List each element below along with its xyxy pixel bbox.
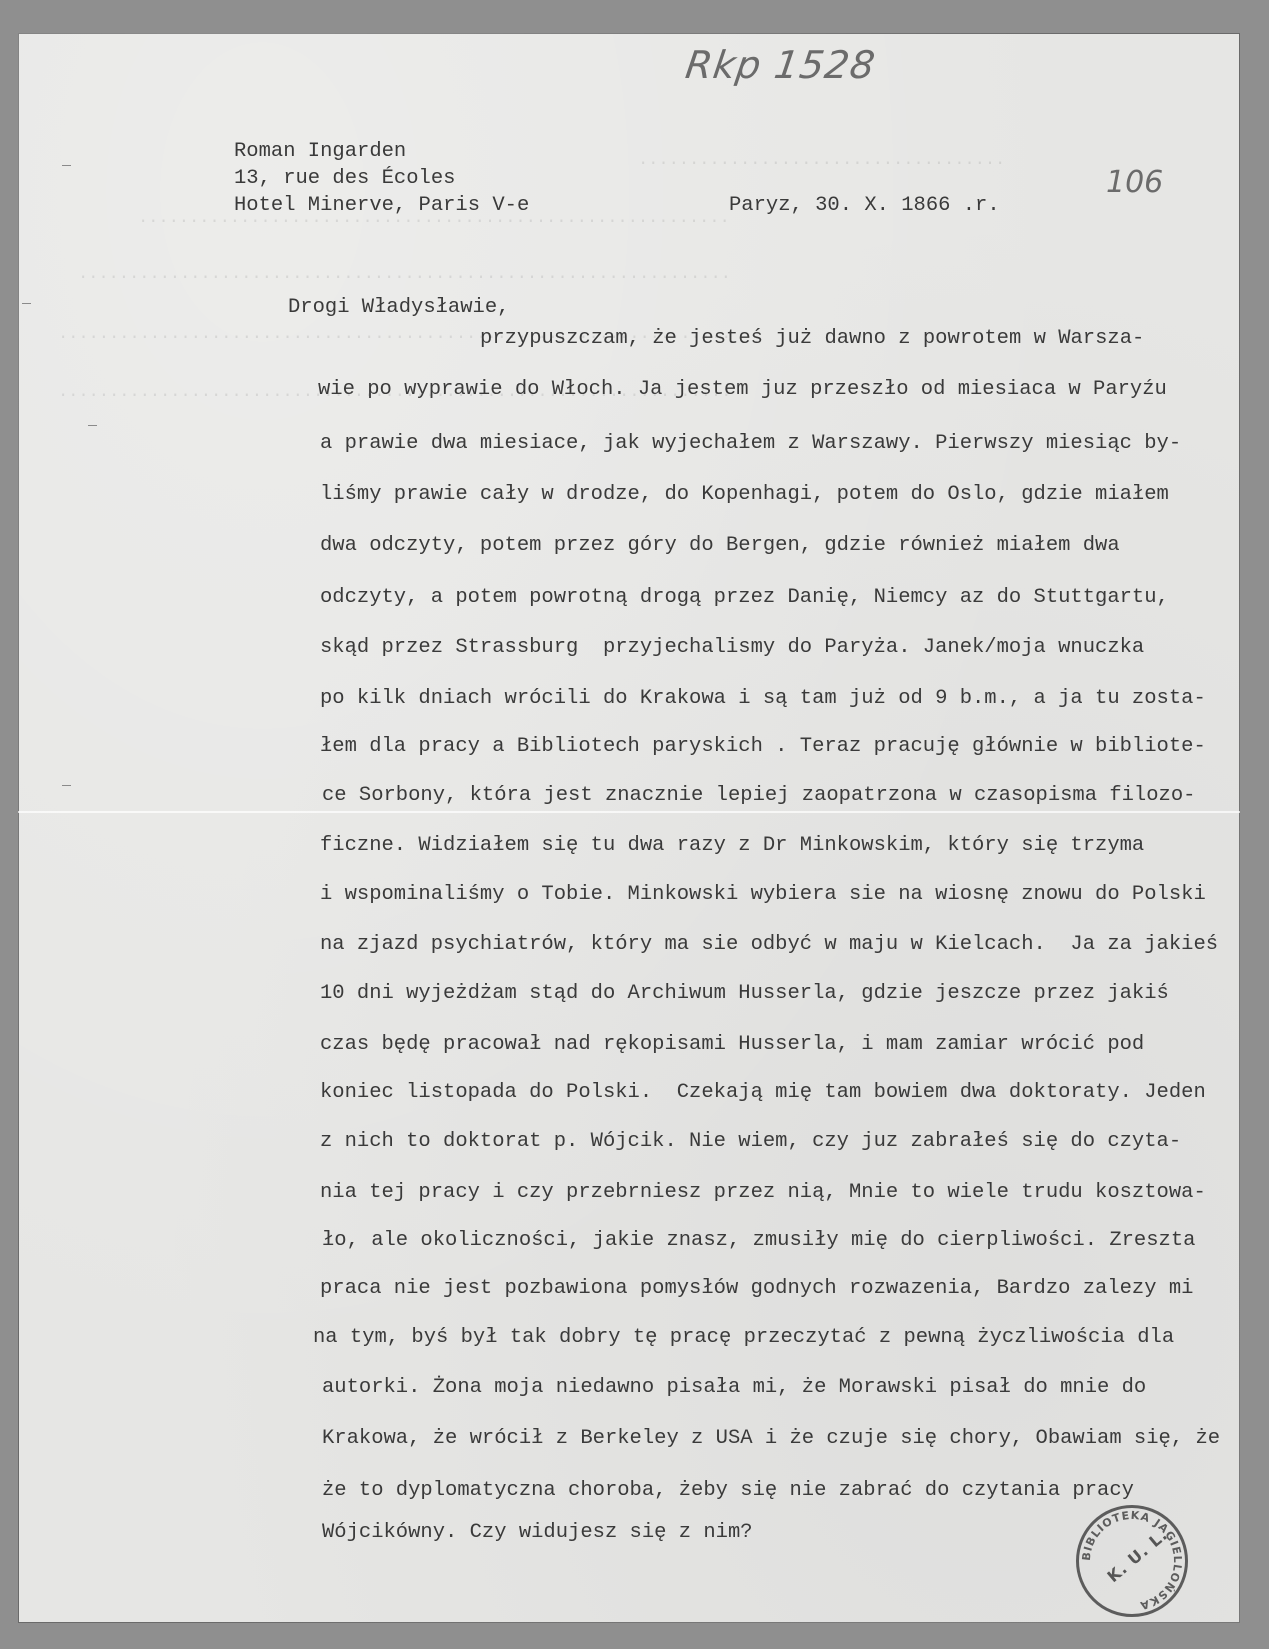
body-line: na tym, byś był tak dobry tę pracę przec… xyxy=(313,1328,1174,1349)
body-line: po kilk dniach wrócili do Krakowa i są t… xyxy=(320,689,1206,710)
bleed-through-text: ........................................… xyxy=(78,265,731,284)
body-line: dwa odczyty, potem przez góry do Bergen,… xyxy=(320,536,1120,557)
body-line: 10 dni wyjeżdżam stąd do Archiwum Husser… xyxy=(320,984,1169,1005)
body-line: praca nie jest pozbawiona pomysłów godny… xyxy=(320,1279,1193,1300)
body-line: liśmy prawie cały w drodze, do Kopenhagi… xyxy=(320,485,1169,506)
salutation: Drogi Władysławie, xyxy=(288,298,509,319)
body-line: skąd przez Strassburg przyjechalismy do … xyxy=(320,638,1144,659)
sender-address-line-2: Hotel Minerve, Paris V-e xyxy=(234,196,529,217)
body-line: Wójcikówny. Czy widujesz się z nim? xyxy=(322,1523,753,1544)
body-line: że to dyplomatyczna choroba, żeby się ni… xyxy=(322,1481,1134,1502)
body-line: wie po wyprawie do Włoch. Ja jestem juz … xyxy=(318,380,1167,401)
sender-address-line-1: 13, rue des Écoles xyxy=(234,169,455,190)
body-line: ficzne. Widziałem się tu dwa razy z Dr M… xyxy=(320,836,1144,857)
body-line: czas będę pracował nad rękopisami Husser… xyxy=(320,1035,1144,1056)
body-line: odczyty, a potem powrotną drogą przez Da… xyxy=(320,588,1169,609)
letter-page: .................................... ...… xyxy=(18,33,1240,1623)
margin-mark xyxy=(88,425,97,426)
body-line: Krakowa, że wrócił z Berkeley z USA i że… xyxy=(322,1429,1220,1450)
letter-date: Paryz, 30. X. 1866 .r. xyxy=(729,196,1000,217)
body-line: na zjazd psychiatrów, który ma sie odbyć… xyxy=(320,935,1218,956)
bleed-through-text: .................................... xyxy=(638,151,1005,170)
body-line: łem dla pracy a Bibliotech paryskich . T… xyxy=(320,737,1206,758)
margin-mark xyxy=(22,303,31,304)
margin-mark xyxy=(62,785,71,786)
folio-number-annotation: 106 xyxy=(1106,165,1163,200)
body-line: a prawie dwa miesiace, jak wyjechałem z … xyxy=(320,434,1181,455)
body-line: ło, ale okoliczności, jakie znasz, zmusi… xyxy=(322,1231,1195,1252)
body-line: przypuszczam, że jesteś już dawno z powr… xyxy=(480,329,1144,350)
body-line: nia tej pracy i czy przebrniesz przez ni… xyxy=(320,1183,1206,1204)
body-line: ce Sorbony, która jest znacznie lepiej z… xyxy=(322,786,1195,807)
sender-name: Roman Ingarden xyxy=(234,142,406,163)
catalog-number-annotation: Rkp 1528 xyxy=(683,43,879,87)
body-line: z nich to doktorat p. Wójcik. Nie wiem, … xyxy=(320,1132,1181,1153)
library-stamp: BIBLIOTEKA JAGIELLOŃSKA K. U. L. xyxy=(1076,1505,1188,1617)
paper-fold-crease xyxy=(18,811,1240,813)
margin-mark xyxy=(62,165,71,166)
body-line: koniec listopada do Polski. Czekają mię … xyxy=(320,1083,1206,1104)
body-line: autorki. Żona moja niedawno pisała mi, ż… xyxy=(322,1378,1146,1399)
body-line: i wspominaliśmy o Tobie. Minkowski wybie… xyxy=(320,885,1206,906)
